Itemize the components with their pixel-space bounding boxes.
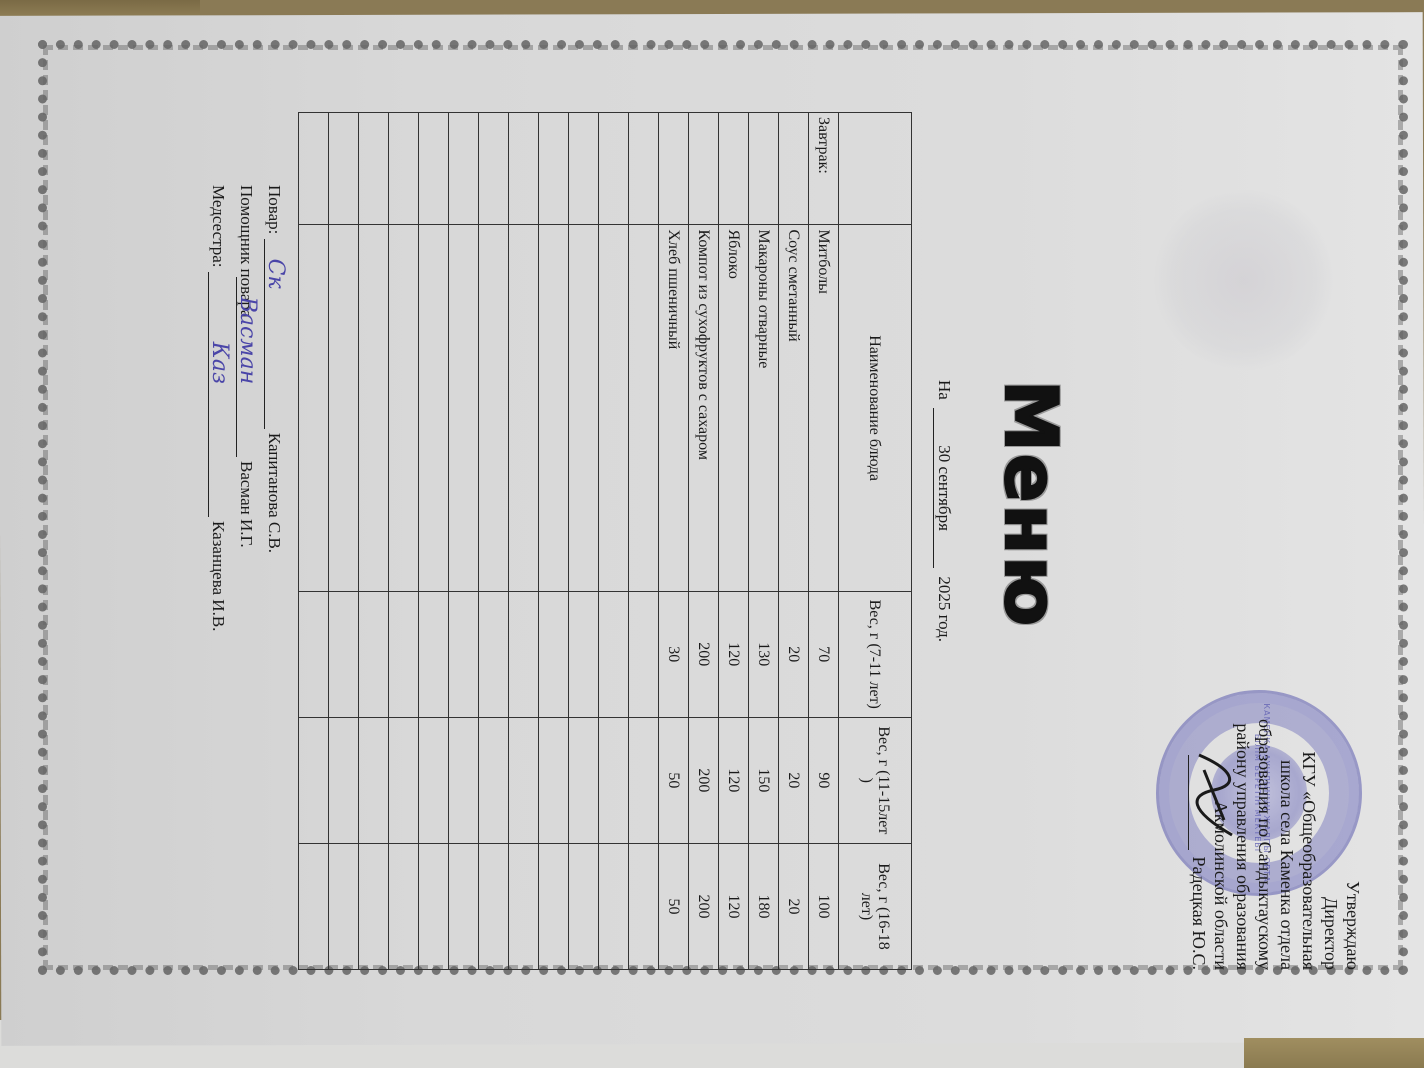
date-value: 30 сентября [933,408,954,568]
header-weight-7-11: Вес, г (7-11 лет) [839,591,912,717]
document-title: Меню [993,380,1069,620]
weight-16-18-cell [569,843,599,969]
table-row [299,113,329,970]
meal-cell [389,113,419,225]
weight-16-18-cell: 20 [779,843,809,969]
dish-cell [569,225,599,591]
weight-16-18-cell: 50 [659,843,689,969]
dish-cell: Митболы [809,225,839,591]
approval-line: Утверждаю [1342,650,1364,970]
table-row [479,113,509,970]
meal-cell [299,113,329,225]
weight-16-18-cell [329,843,359,969]
dish-cell [359,225,389,591]
date-prefix: На [935,380,954,400]
staff-name: Казанцева И.В. [209,521,228,631]
handwritten-signature: Ск [263,259,288,289]
weight-7-11-cell [629,591,659,717]
approval-line: школа села Каменка отдела [1276,650,1298,970]
weight-11-15-cell [539,717,569,843]
weight-7-11-cell [509,591,539,717]
dish-cell: Соус сметанный [779,225,809,591]
weight-7-11-cell [599,591,629,717]
staff-row-nurse: Медсестра: Каз Казанцева И.В. [200,185,228,825]
weight-7-11-cell: 70 [809,591,839,717]
handwritten-signature: Васман [235,297,260,384]
faded-stamp-mark [1154,190,1334,370]
weight-11-15-cell [359,717,389,843]
director-signature [1184,750,1244,840]
dish-cell: Яблоко [719,225,749,591]
meal-cell [329,113,359,225]
staff-role: Медсестра: [208,185,228,268]
weight-16-18-cell [449,843,479,969]
table-row: Завтрак:Митболы7090100 [809,113,839,970]
meal-cell [449,113,479,225]
document-content: КАМЕНКА АУЫЛЫНЫҢ ЖАЛПЫ ОРТА БІЛІМ БЕРЕТІ… [24,0,1424,1000]
weight-7-11-cell [359,591,389,717]
weight-11-15-cell [629,717,659,843]
approval-line: образования по Сандыктаускому [1254,650,1276,970]
table-row [419,113,449,970]
header-meal [839,113,912,225]
weight-7-11-cell: 130 [749,591,779,717]
date-year: 2025 год. [935,576,954,642]
dish-cell [389,225,419,591]
table-row: Компот из сухофруктов с сахаром200200200 [689,113,719,970]
meal-cell [659,113,689,225]
weight-7-11-cell [539,591,569,717]
meal-cell [419,113,449,225]
weight-7-11-cell [329,591,359,717]
table-row [569,113,599,970]
weight-11-15-cell: 20 [779,717,809,843]
weight-11-15-cell: 90 [809,717,839,843]
dish-cell [329,225,359,591]
dish-cell [509,225,539,591]
table-row: Соус сметанный202020 [779,113,809,970]
signature-line: Ск [264,239,283,429]
weight-11-15-cell [389,717,419,843]
dish-cell [629,225,659,591]
weight-11-15-cell: 120 [719,717,749,843]
table-row [599,113,629,970]
weight-7-11-cell [419,591,449,717]
weight-11-15-cell [419,717,449,843]
menu-table: Наименование блюда Вес, г (7-11 лет) Вес… [298,112,912,970]
weight-7-11-cell: 120 [719,591,749,717]
header-weight-16-18: Вес, г (16-18 лет) [839,843,912,969]
weight-16-18-cell [509,843,539,969]
meal-cell [599,113,629,225]
wooden-table-edge [1244,1038,1424,1068]
dish-cell: Компот из сухофруктов с сахаром [689,225,719,591]
weight-16-18-cell: 100 [809,843,839,969]
weight-7-11-cell [449,591,479,717]
weight-16-18-cell [389,843,419,969]
signature-line: Каз [208,272,227,517]
staff-row-cook: Повар: Ск Капитанова С.В. [256,185,284,825]
staff-signatures: Повар: Ск Капитанова С.В. Помощник повар… [200,185,284,825]
dish-cell [419,225,449,591]
approval-line: КГУ «Общеобразовательная [1298,650,1320,970]
table-row [539,113,569,970]
weight-11-15-cell [479,717,509,843]
staff-row-assistant: Помощник повара Васман Васман И.Г. [228,185,256,825]
weight-11-15-cell: 150 [749,717,779,843]
weight-11-15-cell [599,717,629,843]
dish-cell [539,225,569,591]
weight-7-11-cell: 30 [659,591,689,717]
staff-name: Васман И.Г. [237,461,256,548]
weight-16-18-cell: 180 [749,843,779,969]
dish-cell: Макароны отварные [749,225,779,591]
meal-cell [719,113,749,225]
weight-7-11-cell: 20 [779,591,809,717]
meal-cell: Завтрак: [809,113,839,225]
staff-name: Капитанова С.В. [265,433,284,553]
dish-cell [479,225,509,591]
weight-11-15-cell [329,717,359,843]
meal-cell [479,113,509,225]
weight-11-15-cell [569,717,599,843]
approval-line: Директор [1320,650,1342,970]
meal-cell [749,113,779,225]
approval-signatory: Радецкая Ю.С. [1189,856,1209,970]
weight-11-15-cell [509,717,539,843]
table-header-row: Наименование блюда Вес, г (7-11 лет) Вес… [839,113,912,970]
meal-cell [539,113,569,225]
table-row: Макароны отварные130150180 [749,113,779,970]
weight-7-11-cell [299,591,329,717]
handwritten-signature: Каз [207,342,232,384]
weight-16-18-cell: 120 [719,843,749,969]
weight-16-18-cell [539,843,569,969]
date-line: На 30 сентября 2025 год. [933,380,954,800]
meal-cell [689,113,719,225]
table-row [449,113,479,970]
dish-cell: Хлеб пшеничный [659,225,689,591]
table-row [509,113,539,970]
signature-line: Васман [236,277,255,457]
weight-11-15-cell [449,717,479,843]
meal-cell [509,113,539,225]
table-row [359,113,389,970]
weight-7-11-cell: 200 [689,591,719,717]
weight-7-11-cell [569,591,599,717]
weight-16-18-cell [419,843,449,969]
weight-11-15-cell: 50 [659,717,689,843]
header-dish: Наименование блюда [839,225,912,591]
table-row [389,113,419,970]
table-row: Хлеб пшеничный305050 [659,113,689,970]
header-weight-11-15: Вес, г (11-15лет ) [839,717,912,843]
meal-cell [359,113,389,225]
weight-16-18-cell [629,843,659,969]
table-row [629,113,659,970]
weight-11-15-cell: 200 [689,717,719,843]
meal-cell [629,113,659,225]
dish-cell [599,225,629,591]
meal-cell [569,113,599,225]
weight-16-18-cell [299,843,329,969]
weight-16-18-cell [479,843,509,969]
weight-7-11-cell [479,591,509,717]
weight-11-15-cell [299,717,329,843]
table-row: Яблоко120120120 [719,113,749,970]
weight-16-18-cell: 200 [689,843,719,969]
dish-cell [449,225,479,591]
staff-role: Повар: [264,185,284,234]
weight-16-18-cell [599,843,629,969]
dish-cell [299,225,329,591]
weight-16-18-cell [359,843,389,969]
meal-cell [779,113,809,225]
table-row [329,113,359,970]
weight-7-11-cell [389,591,419,717]
